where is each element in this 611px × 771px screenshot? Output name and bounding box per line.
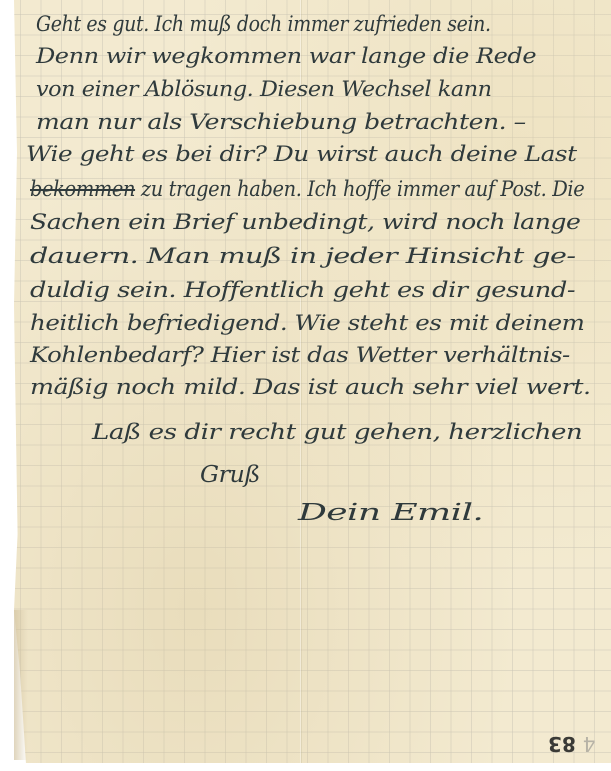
page-number-faint-mark: 4: [583, 732, 596, 756]
letter-line-6-text: zu tragen haben. Ich hoffe immer auf Pos…: [141, 177, 584, 201]
page-number: 4 83: [548, 732, 596, 756]
letter-line-7: Sachen ein Brief unbedingt, wird noch la…: [30, 210, 580, 234]
letter-line-8: dauern. Man muß in jeder Hinsicht ge-: [30, 244, 576, 268]
page-number-digits: 83: [548, 732, 576, 756]
letter-line-4: man nur als Verschiebung betrachten. –: [36, 110, 526, 134]
letter-line-10: heitlich befriedigend. Wie steht es mit …: [30, 311, 584, 335]
closing-line-1: Laß es dir recht gut gehen, herzlichen: [92, 420, 582, 444]
letter-line-2: Denn wir wegkommen war lange die Rede: [36, 44, 536, 68]
letter-line-6: bekommen zu tragen haben. Ich hoffe imme…: [30, 177, 584, 201]
letter-line-12: mäßig noch mild. Das ist auch sehr viel …: [30, 375, 591, 399]
letter-line-11: Kohlenbedarf? Hier ist das Wetter verhäl…: [30, 343, 570, 367]
struck-word: bekommen: [30, 177, 135, 201]
letter-line-5: Wie geht es bei dir? Du wirst auch deine…: [26, 142, 577, 166]
signature: Dein Emil.: [298, 500, 483, 526]
torn-paper-edge: [14, 610, 28, 760]
letter-line-1: Geht es gut. Ich muß doch immer zufriede…: [36, 12, 442, 36]
letter-line-9: duldig sein. Hoffentlich geht es dir ges…: [30, 278, 575, 302]
closing-line-2: Gruß: [200, 462, 260, 488]
letter-line-3: von einer Ablösung. Diesen Wechsel kann: [36, 77, 492, 101]
